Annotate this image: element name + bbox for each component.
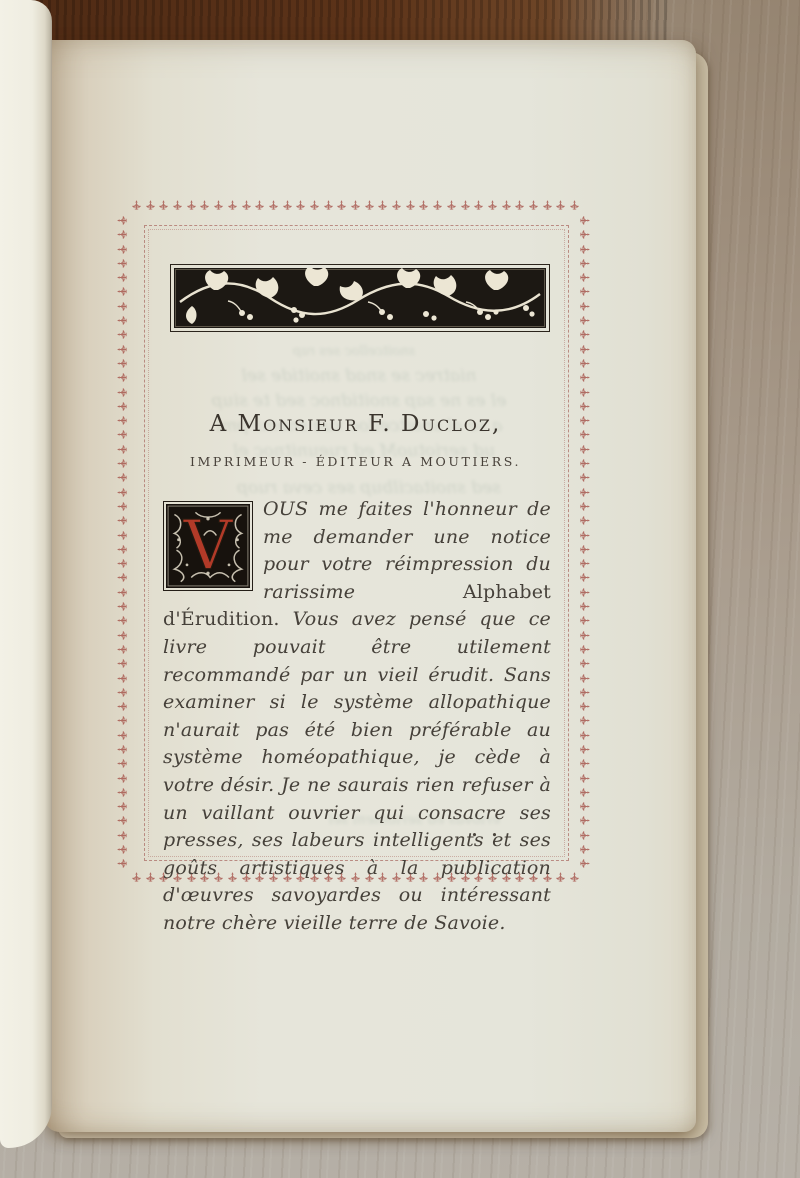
photo-of-open-book: snoitcelloc ses rap niatrec se snad snoi… — [0, 0, 800, 1178]
fleuron-border-left — [118, 215, 131, 870]
fleuron-border-right — [580, 215, 593, 870]
ivy-headpiece-engraving — [170, 264, 550, 332]
dedication-paragraph: V OUS me faites l'honneur de me demander… — [163, 496, 551, 938]
paragraph-italic-text: Vous avez pensé que ce livre pouvait êtr… — [163, 608, 551, 934]
ivy-engraving-graphic — [174, 268, 546, 328]
dedication-subheading: IMPRIMEUR - ÉDITEUR A MOUTIERS. — [118, 454, 593, 469]
book-page: snoitcelloc ses rap niatrec se snad snoi… — [44, 40, 696, 1132]
drop-cap-letter: V — [164, 504, 252, 590]
end-of-text-dots: • • — [452, 829, 522, 842]
decorated-drop-cap: V — [163, 501, 253, 591]
dedication-heading: A Monsieur F. Ducloz, — [118, 411, 593, 437]
left-page-fore-edge — [0, 0, 52, 1148]
fleuron-border-top — [132, 200, 579, 213]
